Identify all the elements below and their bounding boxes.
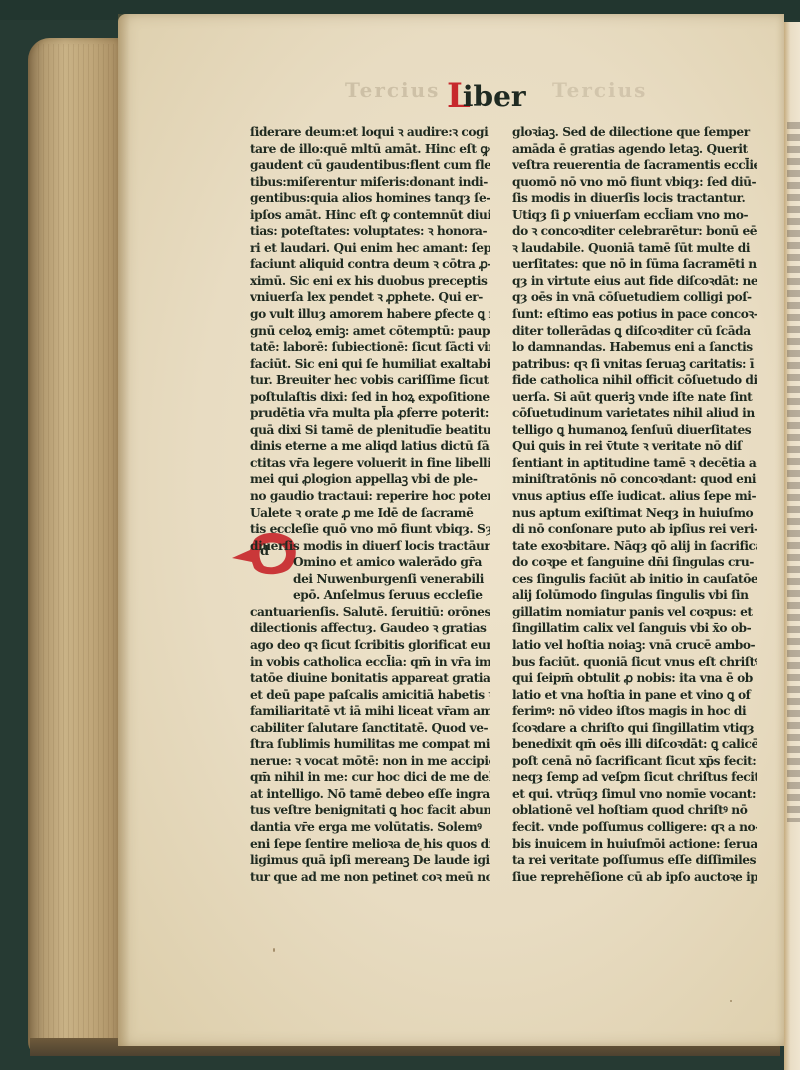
- text-line: miniſtratōnis nō concoꝛdant: quod eni: [512, 471, 757, 488]
- text-line: latio vel hoſtia noiaꝫ: vnā crucē ambo-: [512, 637, 757, 654]
- book-fore-edge: [28, 38, 120, 1056]
- text-line: tate exoꝛbitare. Nāqȝ qō alij in ſacrifi…: [512, 538, 757, 555]
- text-line: vnus aptius eſſe iudicat. alius ſepe mi-: [512, 488, 757, 505]
- text-column-left: ſiderare deum:et loqui ꝛ audire:ꝛ cogi t…: [250, 124, 490, 885]
- text-line: qȝ oēs in vnā cōſuetudiem colligi poſ-: [512, 289, 757, 306]
- text-line: epō. Anſelmus ſeruus eccleſie: [250, 587, 490, 604]
- text-line: benedixit qm̄ oēs illi diſcoꝛdāt: ꝗ cali…: [512, 736, 757, 753]
- text-line: tur que ad me non petinet coꝛ meū non: [250, 869, 490, 886]
- text-line: Qui ꝗuis in rei v̄tute ꝛ veritate nō diſ: [512, 438, 757, 455]
- text-line: qm̄ nihil in me: cur hoc dici de me debe…: [250, 769, 490, 786]
- text-line: nerue: ꝛ vocat mōtē: non in me accipio:: [250, 753, 490, 770]
- text-line: gloꝛiaꝫ. Sed de dilectione que ſemper: [512, 124, 757, 141]
- text-line: ſiderare deum:et loqui ꝛ audire:ꝛ cogi: [250, 124, 490, 141]
- text-line: ſentiant in aptitudine tamē ꝛ decētia a-: [512, 455, 757, 472]
- running-head-word: iber: [463, 82, 526, 112]
- text-line: do coꝛpe et ſanguine dn̄i ſingulas cru-: [512, 554, 757, 571]
- facing-page-edge: [784, 22, 800, 1070]
- text-line: bus faciūt. quoniā ſicut vnus eſt chriſt…: [512, 654, 757, 671]
- text-line: tatōe diuine bonitatis appareat gratia: [250, 670, 490, 687]
- text-line: at intelligo. Nō tamē debeo eſſe ingra-: [250, 786, 490, 803]
- text-line: amāda ē gratias agendo letaꝫ. Querit: [512, 141, 757, 158]
- text-line: dinis eterne a me aliqd latius dictū ſā-: [250, 438, 490, 455]
- text-line: Omino et amico walerādo gr̄a: [250, 554, 490, 571]
- text-line: gnū celoꝝ emiꝫ: amet cōtemptū: paup-: [250, 323, 490, 340]
- text-line: ximū. Sic eni ex his duobus preceptis: [250, 273, 490, 290]
- paper-speck: [730, 1000, 732, 1002]
- text-line: ago deo qꝛ ſicut ſcribitis glorificat eu…: [250, 637, 490, 654]
- text-line: bis inuicem in huiuſmōi actione: ſerua-: [512, 836, 757, 853]
- text-line: veſtra reuerentia de ſacramentis eccl̄ie: [512, 157, 757, 174]
- running-head: L iber: [447, 76, 526, 112]
- text-line: ſcoꝛdare a chriſto qui ſingillatim vtiqȝ: [512, 720, 757, 737]
- text-line: dei Nuwenburgenſi venerabili: [250, 571, 490, 588]
- text-line: ſtra ſublimis humilitas me compat mi-: [250, 736, 490, 753]
- text-line: poſtulaſtis dixi: ſed in hoꝝ expoſitione: [250, 389, 490, 406]
- text-line: gillatim nomiatur panis vel coꝛpus: et: [512, 604, 757, 621]
- text-line: oblationē vel hoſtiam quod chriſtꝰ nō: [512, 802, 757, 819]
- text-line: tatē: laborē: ſubiectionē: ſicut ſācti v…: [250, 339, 490, 356]
- text-line: fecit. vnde poſſumus colligere: qꝛ a no-: [512, 819, 757, 836]
- text-column-right: gloꝛiaꝫ. Sed de dilectione que ſemper am…: [512, 124, 757, 885]
- text-line: latio et vna hoſtia in pane et vino ꝗ of: [512, 687, 757, 704]
- paper-speck: [419, 848, 422, 851]
- text-line: faciunt aliquid contra deum ꝛ cōtra ꝓ-: [250, 256, 490, 273]
- text-line: tias: poteſtates: voluptates: ꝛ honora-: [250, 223, 490, 240]
- text-line: ri et laudari. Qui enim hec amant: ſepe: [250, 240, 490, 257]
- text-line: et qui. vtrūqȝ ſimul vno nomīe vocant:: [512, 786, 757, 803]
- text-line: cōſuetudinum varietates nihil aliud in: [512, 405, 757, 422]
- text-line: no gaudio tractaui: reperire hoc poterit: [250, 488, 490, 505]
- text-line: vniuerſa lex pendet ꝛ ꝓphete. Qui er-: [250, 289, 490, 306]
- text-line: alij ſolūmodo ſingulas ſingulis vbi ſin: [512, 587, 757, 604]
- text-line: diter tollerādas ꝗ diſcoꝛditer cū ſcāda: [512, 323, 757, 340]
- text-line: quā dixi Si tamē de plenitudīe beatitu: [250, 422, 490, 439]
- text-line: tis eccleſie quō vno mō fiunt vbiqȝ. Sȝ: [250, 521, 490, 538]
- text-line: ſis modis in diuerſis locis tractantur.: [512, 190, 757, 207]
- text-line: ipſos amāt. Hinc eſt ꝙ contemnūt diui-: [250, 207, 490, 224]
- text-line: qȝ in virtute eius aut fide diſcoꝛdāt: n…: [512, 273, 757, 290]
- text-line: ctitas vr̄a legere voluerit in fine libe…: [250, 455, 490, 472]
- text-line: fide catholica nihil officit cōſuetudo d…: [512, 372, 757, 389]
- page-gutter-shadow: [118, 14, 130, 1046]
- text-line: gaudent cū gaudentibus:flent cum fle-: [250, 157, 490, 174]
- text-line: telligo ꝗ humanoꝝ ſenſuū diuerſitates: [512, 422, 757, 439]
- paper-speck: [273, 948, 275, 952]
- text-line: qui ſeipm̄ obtulit ꝓ nobis: ita vna ē ob: [512, 670, 757, 687]
- text-line: tur. Breuiter hec vobis cariſſime ſicut: [250, 372, 490, 389]
- text-line: diuerſis modis in diuerſ locis tractāur: [250, 538, 490, 555]
- text-line: ferimꝰ: nō video iſtos magis in hoc di: [512, 703, 757, 720]
- text-line: poſt cenā nō ſacrificant ſicut xp̄s feci…: [512, 753, 757, 770]
- facing-page-text-edge: [787, 122, 800, 822]
- text-line: ſiue reprehēſione cū ab ipſo auctoꝛe ip-: [512, 869, 757, 886]
- text-line: tus veſtre benignitati ꝗ hoc facit abun: [250, 802, 490, 819]
- text-line: et deū pape paſcalis amicitiā habetis ꝛ: [250, 687, 490, 704]
- text-line: nus aptum exiſtimat Neqȝ in huiuſmo: [512, 505, 757, 522]
- text-line: dantia vr̄e erga me volūtatis. Solemꝰ: [250, 819, 490, 836]
- show-through-text-right: Tercius: [552, 78, 642, 104]
- text-line: in vobis catholica eccl̄ia: qm̄ in vr̄a …: [250, 654, 490, 671]
- text-line: uerſa. Si aūt queriꝫ vnde iſte nate ſint: [512, 389, 757, 406]
- text-line: ꝛ laudabile. Quoniā tamē ſūt multe di: [512, 240, 757, 257]
- text-line: gentibus:quia alios homines tanqȝ ſe-: [250, 190, 490, 207]
- text-line: mei qui ꝓlogion appellaꝫ vbi de ple-: [250, 471, 490, 488]
- text-line: faciūt. Sic eni qui ſe humiliat exaltabi…: [250, 356, 490, 373]
- text-line: tibus:miſerentur miſeris:donant indi-: [250, 174, 490, 191]
- text-line: ligimus quā ipſi mereanꝫ De laude igi: [250, 852, 490, 869]
- text-line: cantuarienſis. Salutē. ſeruitiū: orōnes: [250, 604, 490, 621]
- text-line: neqȝ ſemꝑ ad veſꝑm ſicut chriſtus fecit: [512, 769, 757, 786]
- text-line: Ualete ꝛ orate ꝓ me Idē de ſacramē: [250, 505, 490, 522]
- text-line: go vult illuȝ amorem habere ꝑfecte ꝗ re: [250, 306, 490, 323]
- text-line: tare de illo:quē mltū amāt. Hinc eſt ꝙ: [250, 141, 490, 158]
- text-line: ſunt: eſtimo eas potius in pace concoꝛ-: [512, 306, 757, 323]
- text-line: cabiliter ſalutare ſanctitatē. Quod ve-: [250, 720, 490, 737]
- text-line: do ꝛ concoꝛditer celebrarētur: bonū eēt: [512, 223, 757, 240]
- text-line: dilectionis affectuȝ. Gaudeo ꝛ gratias: [250, 620, 490, 637]
- text-line: eni ſepe ſentire melioꝛa de his quos di-: [250, 836, 490, 853]
- text-line: quomō nō vno mō fiunt vbiqȝ: ſed diū-: [512, 174, 757, 191]
- text-line: prudētia vr̄a multa pl̄a ꝓferre poterit:: [250, 405, 490, 422]
- text-line: ta rei veritate poſſumus eſſe diſſimiles…: [512, 852, 757, 869]
- show-through-text: Tercius: [345, 78, 440, 104]
- text-line: ces ſingulis faciūt ab initio in cauſatō…: [512, 571, 757, 588]
- text-line: lo damnandas. Habemus eni a ſanctis: [512, 339, 757, 356]
- text-line: uerſitates: que nō in ſūma ſacramēti ne: [512, 256, 757, 273]
- text-line: patribus: qꝛ ſi vnitas ſeruaꝫ caritatis:…: [512, 356, 757, 373]
- text-line: familiaritatē vt iā mihi liceat vr̄am am…: [250, 703, 490, 720]
- text-line: Utiqȝ ſi ꝑ vniuerſam eccl̄iam vno mo-: [512, 207, 757, 224]
- text-line: ſingillatim calix vel ſanguis vbi x̄o ob…: [512, 620, 757, 637]
- text-line: di nō conſonare puto ab ipſius rei veri-: [512, 521, 757, 538]
